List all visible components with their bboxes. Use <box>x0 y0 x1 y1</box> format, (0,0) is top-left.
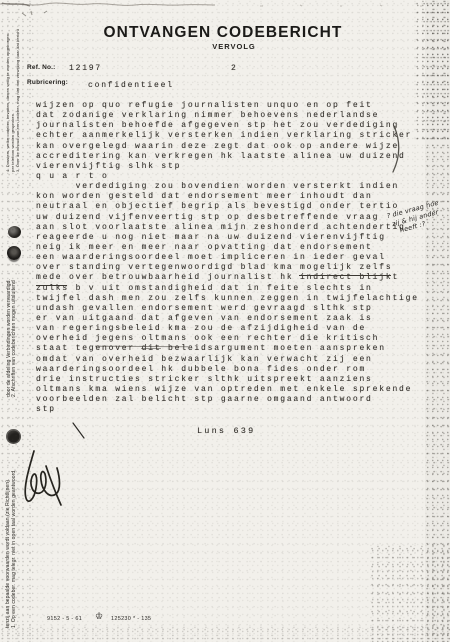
overline-mark <box>141 348 161 349</box>
text-line: neig ik meer en meer naar opvatting dat … <box>36 243 419 253</box>
seal-stamp-icon <box>8 226 21 238</box>
slash-mark <box>73 423 84 438</box>
scanned-telegram-page: ONTVANGEN CODEBERICHT VERVOLG Ref. No.: … <box>0 0 450 642</box>
signature-scrawl <box>25 451 61 505</box>
classification-value: confidentieel <box>88 81 174 90</box>
text-line: staat tegenover dit beleidsargument moet… <box>36 344 419 354</box>
scan-noise <box>415 0 450 140</box>
crest-icon: ♔ <box>95 611 103 622</box>
underline-mark <box>36 285 67 286</box>
margin-instruction-1b: tenzij aan bepaalde voorwaarden wordt vo… <box>5 478 11 628</box>
text-line: overheid jegens oltmans ook een rechter … <box>36 334 419 344</box>
message-body: wijzen op quo refugie journalisten unquo… <box>36 101 419 415</box>
text-line: stp <box>36 405 419 415</box>
underline-mark <box>299 275 391 276</box>
seal-stamp-icon <box>6 429 21 444</box>
text-line: voorbeelden zal belicht stp gaarne omgaa… <box>36 395 419 405</box>
margin-instruction-3a: 3. Over de inhoud van een codeber. mag n… <box>15 29 20 172</box>
print-code-right: 125230 * - 135 <box>111 616 151 622</box>
text-line: omdat van overheid bezwaarlijk kan verwa… <box>36 355 419 365</box>
ref-number-label: Ref. No.: <box>27 64 56 71</box>
page-title: ONTVANGEN CODEBERICHT <box>0 24 448 42</box>
scan-noise <box>0 626 450 642</box>
text-line: q u a r t o <box>36 172 419 182</box>
pencil-scribble <box>0 3 215 5</box>
text-line: neutraal en objectief begrip als bevesti… <box>36 202 419 212</box>
text-line: over standing vertegenwoordigd blad kma … <box>36 263 419 273</box>
text-line: accreditering kan verkregen hk laatste a… <box>36 152 419 162</box>
print-code-left: 9152 - 5 - 61 <box>47 616 82 622</box>
text-line: twijfel dash men zou zelfs kunnen zeggen… <box>36 294 419 304</box>
text-line: reageerde u nog niet maar na uw duizend … <box>36 233 419 243</box>
classification-label: Rubricering: <box>27 79 68 86</box>
margin-instruction-3b: per telefoon worden gesproken. <box>10 113 15 172</box>
text-line: er van uitgaand dat afgeven van endorsem… <box>36 314 419 324</box>
text-line: kan overgelegd waarin deze zegt dat ook … <box>36 142 419 152</box>
text-line: van regeringsbeleid kma zou de afzijdigh… <box>36 324 419 334</box>
text-line: aan slot voorlaatste alinea mijn zeshond… <box>36 223 419 233</box>
text-line: dat zodanige verklaring nimmer behoevens… <box>36 111 419 121</box>
margin-instruction-4: 4. Dossiers, welke codeber. bevatten, di… <box>5 33 10 172</box>
scan-noise <box>425 0 450 642</box>
seal-stamp-icon <box>7 246 21 260</box>
text-line: verdediging zou bovendien worden verster… <box>36 182 419 192</box>
text-line: wijzen op quo refugie journalisten unquo… <box>36 101 419 111</box>
pencil-scribble <box>2 3 30 6</box>
page-subtitle: VERVOLG <box>9 42 450 51</box>
page-number: 2 <box>231 64 238 73</box>
pencil-marks <box>22 11 47 16</box>
ref-number-value: 12197 <box>69 64 102 73</box>
text-line: waarderingsoordeel hk dubbele bona fides… <box>36 365 419 375</box>
pencil-marks <box>260 5 422 6</box>
text-line: een waarderingsoordeel moet impliceren i… <box>36 253 419 263</box>
text-line: undash gevallen endorsement werd gevraag… <box>36 304 419 314</box>
text-line: vierenvijftig slhk stp <box>36 162 419 172</box>
text-line: echter aanmerkelijk versterken indien ve… <box>36 131 419 141</box>
text-line: kon worden gesteld dat endorsement meer … <box>36 192 419 202</box>
margin-instruction-2b: door de afdeling Verbindingen worden ver… <box>6 279 12 397</box>
signoff-line: Luns 639 <box>197 426 255 436</box>
text-line: oltmans kma wiens wijze van optreden met… <box>36 385 419 395</box>
text-line: zulks b v uit omstandigheid dat in feite… <box>36 284 419 294</box>
text-line: drie instructies stricker slthk uitspree… <box>36 375 419 385</box>
margin-instruction-1a: 1. Op een codeber. mag telegr. niet in o… <box>11 469 17 628</box>
text-line: uw duizend vijfenveertig stp op desbetre… <box>36 213 419 223</box>
scan-noise <box>370 545 450 642</box>
text-line: journalisten behoefde afgegeven stp het … <box>36 121 419 131</box>
